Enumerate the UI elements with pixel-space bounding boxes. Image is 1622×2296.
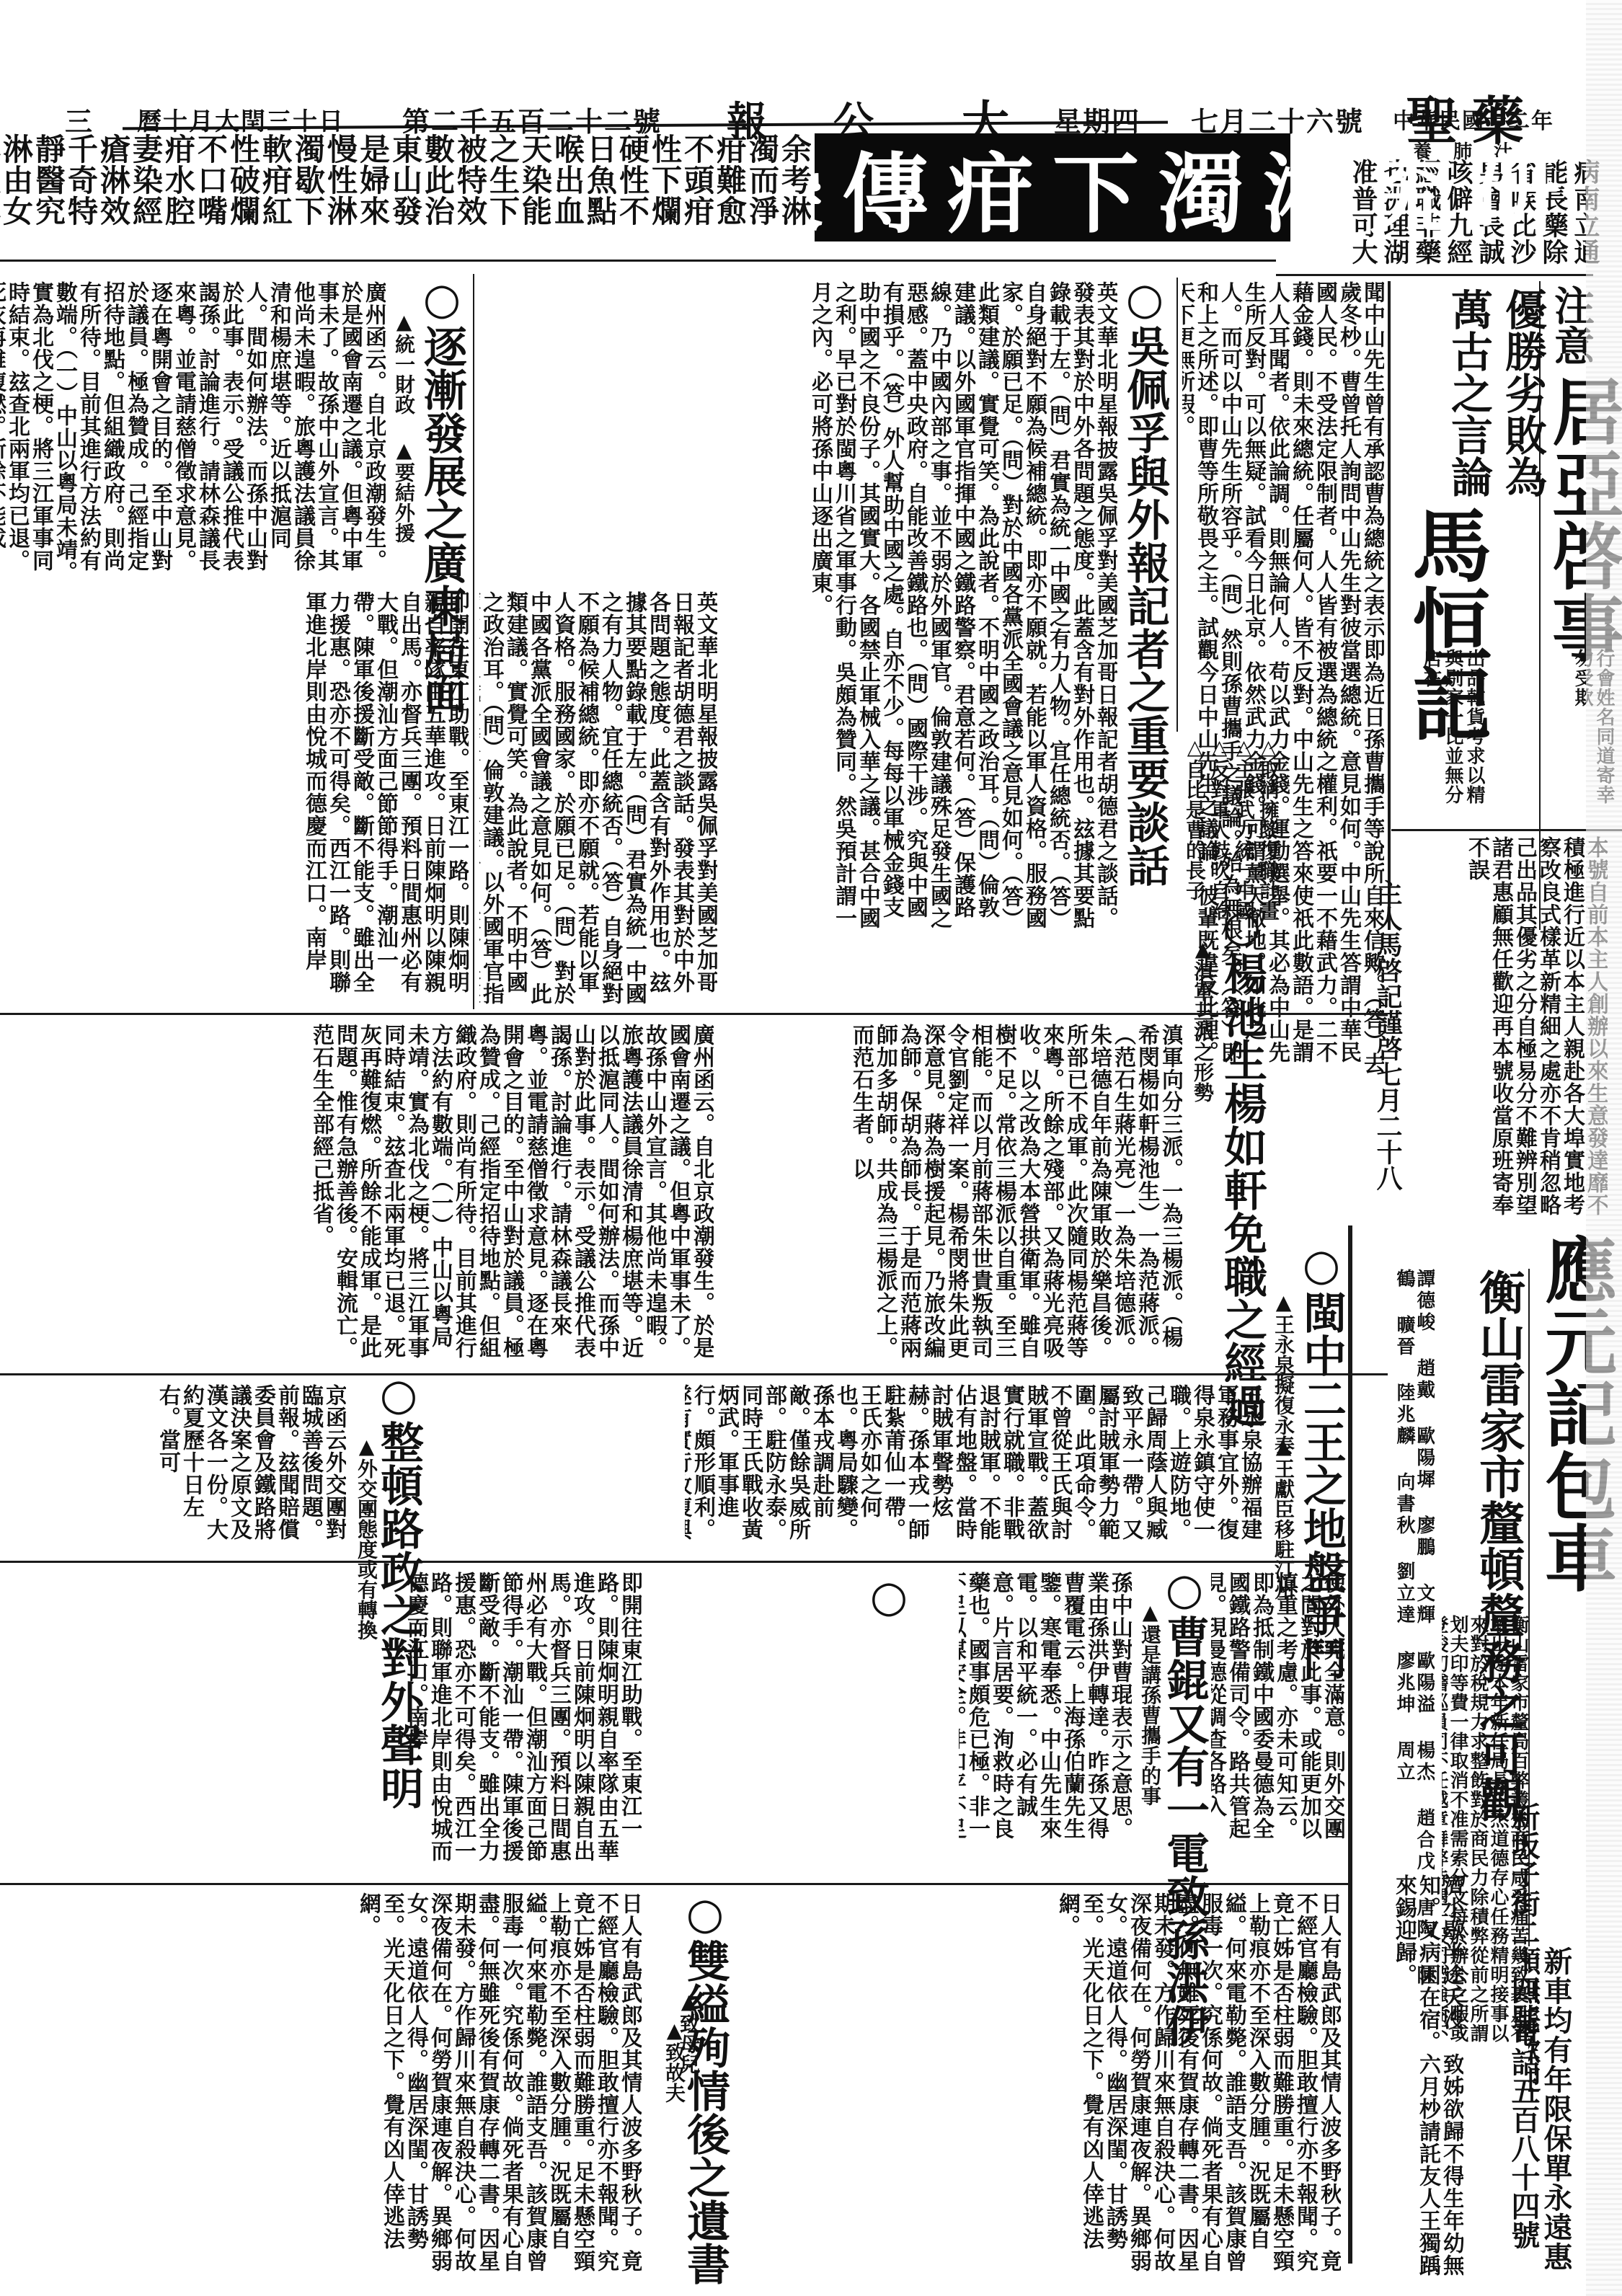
headline-marker-icon: ○ <box>864 1572 914 1622</box>
section-divider <box>0 1013 1388 1015</box>
bullet: △自比是曹的長子 <box>1182 735 1207 921</box>
slogan: 萬古之言論 <box>1438 288 1499 497</box>
article-body <box>649 1572 800 1874</box>
std-ad-text: 余考淋濁而淨疳難愈不頭疳性下爛硬性不日魚點喉出血天染能之生下被特效數此治東山發是… <box>0 133 811 249</box>
section-divider <box>0 1561 1348 1563</box>
article-body: 京函云外交團對臨城善後問題。前報。玆聞賠償委員會及鐵路將議決案之原文及漢文各一份… <box>0 1384 346 1557</box>
article-subhead: ▲統一財政 ▲要結外援 <box>389 310 418 543</box>
bullet: △反對軍人鼓吹自治 <box>1207 735 1231 921</box>
article-body: 廣州函云。自北京政潮發生。於是國會南遷之議。但粵中軍事未了。故孫中山外宣言。其他… <box>0 1024 714 1362</box>
article-headline: ○楊池生楊如軒免職之經過 <box>1218 901 1266 1427</box>
divider <box>1348 1225 1352 2264</box>
headline-marker-icon: ○ <box>680 1889 730 1939</box>
article-body: 廣州函云。自北京政潮發生。於是國會南遷之議。但粵中軍事未了。故孫中山外宣言。其他… <box>0 281 386 584</box>
article-body: 英文華北明星報披露吳佩孚對美國芝加哥日報記者胡德君之談話。發表其對於中外各問題之… <box>721 281 1117 930</box>
bullet: △取消擁黎復職計畫 <box>1256 735 1280 921</box>
scan-edge <box>1586 0 1622 2296</box>
article-body: 王永泉協辦福建軍務事宜外。復得泉永鎮守使一職。上遊防地。己歸周蔭人與臧致平永一帶… <box>685 1384 1262 1550</box>
article-body: 濟小歇半途夭沒。致姊欲歸不得生年幼無知。又病困在宿。六月杪請託友人王獨踽來錫迎歸… <box>1355 1874 1463 2278</box>
section-divider <box>0 260 1276 262</box>
article-headline: ○ <box>865 1572 913 1622</box>
article-subhead: ▲致故夫 <box>660 2018 688 2103</box>
headline-marker-icon: ○ <box>1120 274 1170 324</box>
article-body: 即開往東江助戰。至東江一路。則陳炯明親自率隊由五華進攻。日前陳炯明以陳親自出馬。… <box>0 1572 642 1874</box>
divider <box>473 274 474 1009</box>
article-subhead: ▲王永泉擬復永泰 <box>1269 1290 1298 1455</box>
article-headline: ○吳佩孚與外報記者之重要談話 <box>1121 274 1169 887</box>
headline-marker-icon: ○ <box>373 1370 424 1420</box>
article-body: 滇軍向分三派。一為三楊派。（楊希閔楊如軒楊池生）一為范蔣派。（范石生蔣光亮）一為… <box>721 1024 1182 1362</box>
headline-marker-icon: ○ <box>1296 1240 1347 1290</box>
article-body: 即開往東江助戰。至東江一路。則陳炯明親自率隊由五華進攻。日前陳炯明以陳親自出馬。… <box>0 591 469 1009</box>
article-subhead: ▲還是講孫曹攜手的事 <box>1135 1600 1164 1806</box>
article-body: 日人有島武郎及其情人波多野秋子。竟不經官廳檢驗。胆敢擅行亦不報聞。究竟亡姊是否柱… <box>0 1892 642 2274</box>
section-divider <box>0 1373 1388 1375</box>
banner-headline: 研究淋濁下疳傳染利害 <box>815 133 1290 241</box>
notice-text: 本號自前本主人創辦以來生意發達靡不積極進行近以本主人親赴各大埠實地考察改良式樣革… <box>1391 836 1608 1225</box>
divider <box>1276 274 1593 276</box>
article-body: 使外人完全滿意。則外交團之間對於此事。或能更加以慎重之考慮。亦未可知云。即為抵制… <box>1211 1572 1344 1845</box>
bullet: △主張武力統一中國 <box>1231 735 1256 921</box>
notice-note: 出品乾貨考求以精與別家一比並無分店在 <box>1391 649 1485 822</box>
ad-address: 新坂子街二十四號 <box>1503 1802 1544 2033</box>
divider <box>1388 281 1391 930</box>
headline-marker-icon: ○ <box>1159 1564 1210 1615</box>
article-bullets: △取消擁黎復職計畫 △主張武力統一中國 △反對軍人鼓吹自治 △自比是曹的長子 <box>1182 735 1280 921</box>
slogan: 優勝劣敗為 <box>1492 288 1553 497</box>
article-body: 孫中山對曹琨表示之意思。業由孫洪伊轉達。昨孫又得曹覆電云。上海孫伯蘭先生鑒。寒電… <box>959 1572 1132 1845</box>
divider <box>1176 278 1178 732</box>
ad-phone: 電話五百八十四號 <box>1503 2018 1544 2249</box>
article-body-continued: 英文華北明星報披露吳佩孚對美國芝加哥日報記者胡德君之談話。發表其對於中外各問題之… <box>479 591 717 1009</box>
lunar-date: 曆十月大閏三十日 <box>137 102 345 137</box>
headline-marker-icon: ○ <box>1217 901 1267 952</box>
section-divider <box>0 1883 1348 1885</box>
article-body: 日人有島武郎及其情人波多野秋子。竟不經官廳檢驗。胆敢擅行亦不報聞。究竟亡姊是否柱… <box>728 1892 1341 2274</box>
article-subhead: ▲滇軍三派之形勢 <box>1188 937 1217 1102</box>
headline-marker-icon: ○ <box>417 274 467 324</box>
